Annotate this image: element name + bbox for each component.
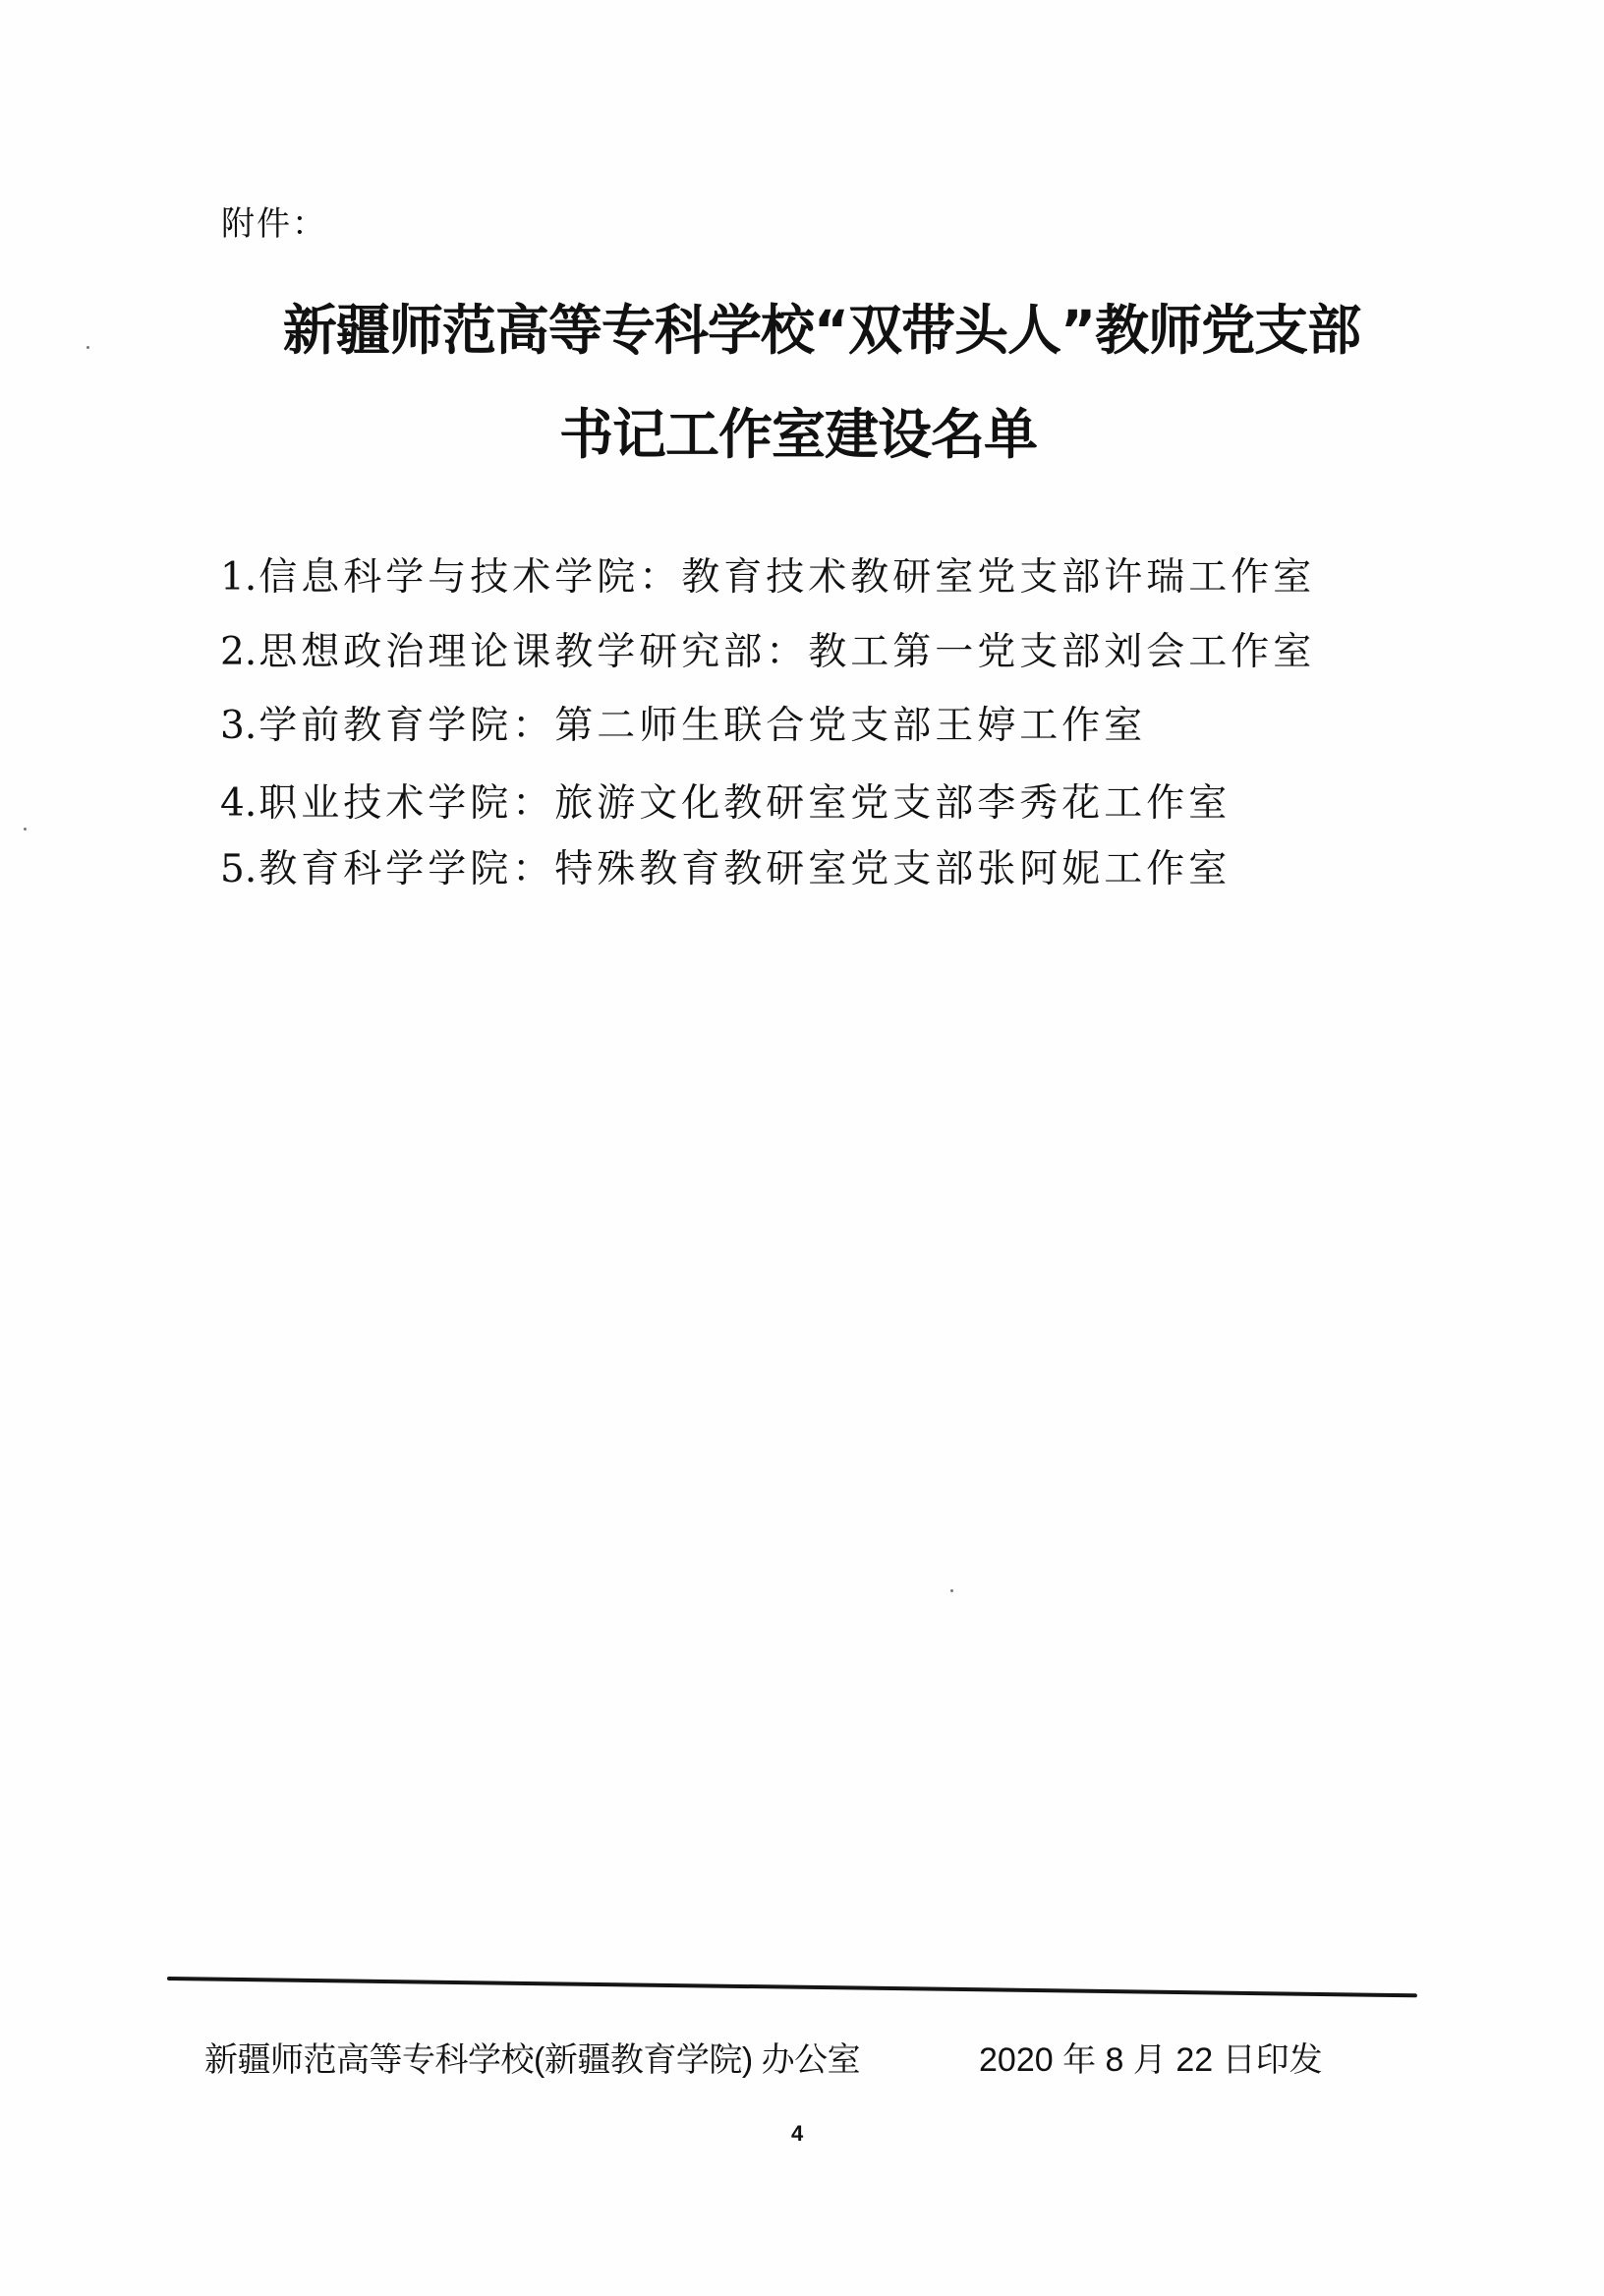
list-item: 2.思想政治理论课教学研究部：教工第一党支部刘会工作室: [220, 627, 1315, 678]
document-page: 附件： 新疆师范高等专科学校“双带头人”教师党支部 书记工作室建设名单 1.信息…: [0, 0, 1604, 2296]
list-item: 1.信息科学与技术学院：教育技术教研室党支部许瑞工作室: [220, 552, 1315, 603]
list-item: 5.教育科学学院：特殊教育教研室党支部张阿妮工作室: [220, 844, 1315, 895]
document-title-line-1: 新疆师范高等专科学校“双带头人”教师党支部: [20, 287, 1604, 365]
list-item-number: 1.: [220, 555, 257, 600]
list-item: 3.学前教育学院：第二师生联合党支部王婷工作室: [220, 701, 1315, 752]
scan-speck: [86, 346, 89, 349]
page-number: 4: [791, 2121, 803, 2147]
list-item-text: 思想政治理论课教学研究部：教工第一党支部刘会工作室: [258, 630, 1315, 674]
list-item-text: 信息科学与技术学院：教育技术教研室党支部许瑞工作室: [258, 555, 1315, 600]
scan-speck: [950, 1589, 953, 1592]
scan-speck: [24, 828, 27, 831]
list-item-number: 4.: [220, 781, 257, 826]
attachment-label: 附件：: [221, 197, 327, 245]
list-item-number: 2.: [220, 630, 257, 674]
footer-issue-date: 2020 年 8 月 22 日印发: [979, 2033, 1323, 2081]
list-item-text: 职业技术学院：旅游文化教研室党支部李秀花工作室: [258, 781, 1231, 826]
footer-divider: [167, 1977, 1417, 1997]
studio-list: 1.信息科学与技术学院：教育技术教研室党支部许瑞工作室 2.思想政治理论课教学研…: [220, 552, 1315, 895]
list-item-text: 学前教育学院：第二师生联合党支部王婷工作室: [258, 704, 1146, 748]
footer-issuer: 新疆师范高等专科学校(新疆教育学院) 办公室: [204, 2033, 860, 2081]
list-item: 4.职业技术学院：旅游文化教研室党支部李秀花工作室: [220, 778, 1315, 830]
list-item-number: 3.: [220, 704, 257, 748]
list-item-text: 教育科学学院：特殊教育教研室党支部张阿妮工作室: [258, 847, 1231, 891]
document-title-line-2: 书记工作室建设名单: [0, 391, 1600, 469]
list-item-number: 5.: [220, 847, 257, 891]
